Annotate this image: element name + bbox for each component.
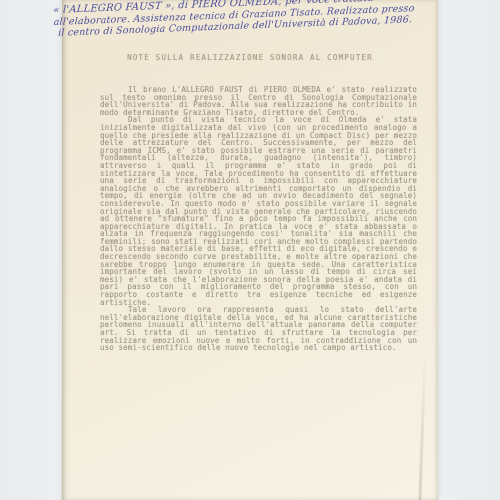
document-page: « l'ALLEGRO FAUST », di PIERO OLMEDA, pe… (62, 0, 438, 500)
scan-background: « l'ALLEGRO FAUST », di PIERO OLMEDA, pe… (0, 0, 500, 500)
paragraph-1: Il brano L'ALLEGRO FAUST di PIERO OLMEDA… (100, 86, 417, 116)
paragraph-2: Dal punto di vista tecnico la voce di Ol… (100, 116, 417, 306)
handwritten-annotation: « l'ALLEGRO FAUST », di PIERO OLMEDA, pe… (53, 0, 456, 39)
paper-fold-crease (418, 350, 426, 500)
paragraph-3: Tale lavoro ora rappresenta quasi lo sta… (100, 306, 417, 352)
document-title: NOTE SULLA REALIZZAZIONE SONORA AL COMPU… (62, 53, 438, 62)
document-body: Il brano L'ALLEGRO FAUST di PIERO OLMEDA… (100, 86, 417, 352)
